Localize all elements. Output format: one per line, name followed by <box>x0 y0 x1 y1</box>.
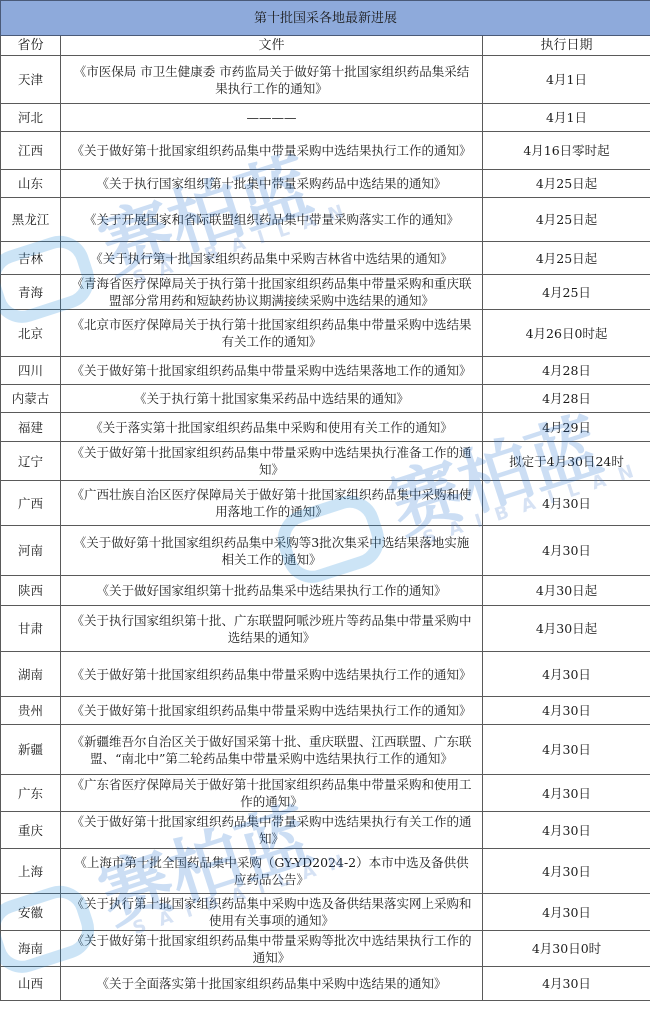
table-row: 福建《关于落实第十批国家组织药品集中采购和使用有关工作的通知》4月29日 <box>1 413 650 442</box>
header-date: 执行日期 <box>483 36 650 56</box>
province-cell: 青海 <box>1 275 61 310</box>
document-cell: 《上海市第十批全国药品集中采购（GY-YD2024-2）本市中选及备供供应药品公… <box>61 849 483 894</box>
document-cell: 《关于做好国家组织第十批药品集采中选结果执行工作的通知》 <box>61 576 483 606</box>
document-cell: 《关于做好第十批国家组织药品集中带量采购中选结果执行工作的通知》 <box>61 132 483 170</box>
date-cell: 4月30日 <box>483 812 650 849</box>
date-cell: 4月30日 <box>483 775 650 812</box>
document-cell: 《关于开展国家和省际联盟组织药品集中带量采购落实工作的通知》 <box>61 198 483 242</box>
date-cell: 4月29日 <box>483 413 650 442</box>
province-cell: 江西 <box>1 132 61 170</box>
date-cell: 4月16日零时起 <box>483 132 650 170</box>
document-cell: ———— <box>61 104 483 132</box>
province-cell: 山西 <box>1 967 61 1001</box>
province-cell: 海南 <box>1 931 61 967</box>
province-cell: 山东 <box>1 170 61 198</box>
document-cell: 《关于落实第十批国家组织药品集中采购和使用有关工作的通知》 <box>61 413 483 442</box>
province-cell: 天津 <box>1 56 61 104</box>
document-cell: 《关于做好第十批国家组织药品集中带量采购中选结果执行准备工作的通知》 <box>61 442 483 481</box>
document-cell: 《关于执行第十批国家集采药品中选结果的通知》 <box>61 385 483 413</box>
province-cell: 内蒙古 <box>1 385 61 413</box>
date-cell: 拟定于4月30日24时 <box>483 442 650 481</box>
province-cell: 广西 <box>1 481 61 526</box>
province-cell: 辽宁 <box>1 442 61 481</box>
date-cell: 4月30日0时 <box>483 931 650 967</box>
province-cell: 河北 <box>1 104 61 132</box>
document-cell: 《关于做好第十批国家组织药品集中带量采购中选结果执行工作的通知》 <box>61 652 483 697</box>
table-row: 广西《广西壮族自治区医疗保障局关于做好第十批国家组织药品集中采购和使用落地工作的… <box>1 481 650 526</box>
date-cell: 4月25日 <box>483 275 650 310</box>
table-row: 上海《上海市第十批全国药品集中采购（GY-YD2024-2）本市中选及备供供应药… <box>1 849 650 894</box>
table-title: 第十批国采各地最新进展 <box>1 1 650 36</box>
province-cell: 北京 <box>1 310 61 357</box>
province-cell: 湖南 <box>1 652 61 697</box>
province-cell: 贵州 <box>1 697 61 725</box>
table-row: 河南《关于做好第十批国家组织药品集中采购等3批次集采中选结果落地实施相关工作的通… <box>1 526 650 576</box>
province-cell: 重庆 <box>1 812 61 849</box>
table-row: 贵州《关于做好第十批国家组织药品集中带量采购中选结果执行工作的通知》4月30日 <box>1 697 650 725</box>
date-cell: 4月25日起 <box>483 170 650 198</box>
document-cell: 《广西壮族自治区医疗保障局关于做好第十批国家组织药品集中采购和使用落地工作的通知… <box>61 481 483 526</box>
province-cell: 吉林 <box>1 242 61 275</box>
document-cell: 《广东省医疗保障局关于做好第十批国家组织药品集中带量采购和使用工作的通知》 <box>61 775 483 812</box>
document-cell: 《关于执行国家组织第十批、广东联盟阿哌沙班片等药品集中带量采购中选结果的通知》 <box>61 606 483 652</box>
date-cell: 4月30日 <box>483 526 650 576</box>
table-row: 甘肃《关于执行国家组织第十批、广东联盟阿哌沙班片等药品集中带量采购中选结果的通知… <box>1 606 650 652</box>
document-cell: 《关于做好第十批国家组织药品集中带量采购中选结果执行工作的通知》 <box>61 697 483 725</box>
table-row: 内蒙古《关于执行第十批国家集采药品中选结果的通知》4月28日 <box>1 385 650 413</box>
table-row: 吉林《关于执行第十批国家组织药品集中采购吉林省中选结果的通知》4月25日起 <box>1 242 650 275</box>
province-cell: 上海 <box>1 849 61 894</box>
table-header-row: 省份 文件 执行日期 <box>1 36 650 56</box>
province-cell: 河南 <box>1 526 61 576</box>
date-cell: 4月30日 <box>483 967 650 1001</box>
document-cell: 《青海省医疗保障局关于执行第十批国家组织药品集中带量采购和重庆联盟部分常用药和短… <box>61 275 483 310</box>
document-cell: 《市医保局 市卫生健康委 市药监局关于做好第十批国家组织药品集采结果执行工作的通… <box>61 56 483 104</box>
progress-table: 第十批国采各地最新进展 省份 文件 执行日期 天津《市医保局 市卫生健康委 市药… <box>0 0 650 1001</box>
document-cell: 《关于做好第十批国家组织药品集中带量采购中选结果落地工作的通知》 <box>61 357 483 385</box>
date-cell: 4月30日起 <box>483 576 650 606</box>
table-row: 青海《青海省医疗保障局关于执行第十批国家组织药品集中带量采购和重庆联盟部分常用药… <box>1 275 650 310</box>
province-cell: 甘肃 <box>1 606 61 652</box>
document-cell: 《关于做好第十批国家组织药品集中带量采购中选结果执行有关工作的通知》 <box>61 812 483 849</box>
date-cell: 4月1日 <box>483 56 650 104</box>
table-row: 新疆《新疆维吾尔自治区关于做好国采第十批、重庆联盟、江西联盟、广东联盟、“南北中… <box>1 725 650 775</box>
table-row: 安徽《关于执行第十批国家组织药品集中采购中选及备供结果落实网上采购和使用有关事项… <box>1 894 650 931</box>
table-row: 黑龙江《关于开展国家和省际联盟组织药品集中带量采购落实工作的通知》4月25日起 <box>1 198 650 242</box>
table-row: 陕西《关于做好国家组织第十批药品集采中选结果执行工作的通知》4月30日起 <box>1 576 650 606</box>
table-row: 四川《关于做好第十批国家组织药品集中带量采购中选结果落地工作的通知》4月28日 <box>1 357 650 385</box>
document-cell: 《关于做好第十批国家组织药品集中带量采购等批次中选结果执行工作的通知》 <box>61 931 483 967</box>
table-row: 山东《关于执行国家组织第十批集中带量采购药品中选结果的通知》4月25日起 <box>1 170 650 198</box>
date-cell: 4月28日 <box>483 385 650 413</box>
document-cell: 《关于做好第十批国家组织药品集中采购等3批次集采中选结果落地实施相关工作的通知》 <box>61 526 483 576</box>
document-cell: 《新疆维吾尔自治区关于做好国采第十批、重庆联盟、江西联盟、广东联盟、“南北中”第… <box>61 725 483 775</box>
table-row: 山西《关于全面落实第十批国家组织药品集中采购中选结果的通知》4月30日 <box>1 967 650 1001</box>
date-cell: 4月30日 <box>483 894 650 931</box>
date-cell: 4月25日起 <box>483 198 650 242</box>
date-cell: 4月30日 <box>483 652 650 697</box>
table-title-row: 第十批国采各地最新进展 <box>1 1 650 36</box>
province-cell: 广东 <box>1 775 61 812</box>
province-cell: 陕西 <box>1 576 61 606</box>
table-row: 河北————4月1日 <box>1 104 650 132</box>
table-row: 江西《关于做好第十批国家组织药品集中带量采购中选结果执行工作的通知》4月16日零… <box>1 132 650 170</box>
document-cell: 《关于执行第十批国家组织药品集中采购吉林省中选结果的通知》 <box>61 242 483 275</box>
date-cell: 4月30日 <box>483 849 650 894</box>
header-document: 文件 <box>61 36 483 56</box>
date-cell: 4月1日 <box>483 104 650 132</box>
document-cell: 《北京市医疗保障局关于执行第十批国家组织药品集中带量采购中选结果有关工作的通知》 <box>61 310 483 357</box>
document-cell: 《关于执行第十批国家组织药品集中采购中选及备供结果落实网上采购和使用有关事项的通… <box>61 894 483 931</box>
document-cell: 《关于执行国家组织第十批集中带量采购药品中选结果的通知》 <box>61 170 483 198</box>
province-cell: 福建 <box>1 413 61 442</box>
document-cell: 《关于全面落实第十批国家组织药品集中采购中选结果的通知》 <box>61 967 483 1001</box>
date-cell: 4月30日 <box>483 697 650 725</box>
date-cell: 4月25日起 <box>483 242 650 275</box>
date-cell: 4月30日起 <box>483 606 650 652</box>
province-cell: 新疆 <box>1 725 61 775</box>
date-cell: 4月30日 <box>483 481 650 526</box>
table-row: 辽宁《关于做好第十批国家组织药品集中带量采购中选结果执行准备工作的通知》拟定于4… <box>1 442 650 481</box>
table-row: 广东《广东省医疗保障局关于做好第十批国家组织药品集中带量采购和使用工作的通知》4… <box>1 775 650 812</box>
province-cell: 四川 <box>1 357 61 385</box>
table-row: 海南《关于做好第十批国家组织药品集中带量采购等批次中选结果执行工作的通知》4月3… <box>1 931 650 967</box>
date-cell: 4月30日 <box>483 725 650 775</box>
table-row: 北京《北京市医疗保障局关于执行第十批国家组织药品集中带量采购中选结果有关工作的通… <box>1 310 650 357</box>
table-row: 重庆《关于做好第十批国家组织药品集中带量采购中选结果执行有关工作的通知》4月30… <box>1 812 650 849</box>
date-cell: 4月26日0时起 <box>483 310 650 357</box>
table-row: 湖南《关于做好第十批国家组织药品集中带量采购中选结果执行工作的通知》4月30日 <box>1 652 650 697</box>
table-row: 天津《市医保局 市卫生健康委 市药监局关于做好第十批国家组织药品集采结果执行工作… <box>1 56 650 104</box>
date-cell: 4月28日 <box>483 357 650 385</box>
province-cell: 黑龙江 <box>1 198 61 242</box>
province-cell: 安徽 <box>1 894 61 931</box>
header-province: 省份 <box>1 36 61 56</box>
